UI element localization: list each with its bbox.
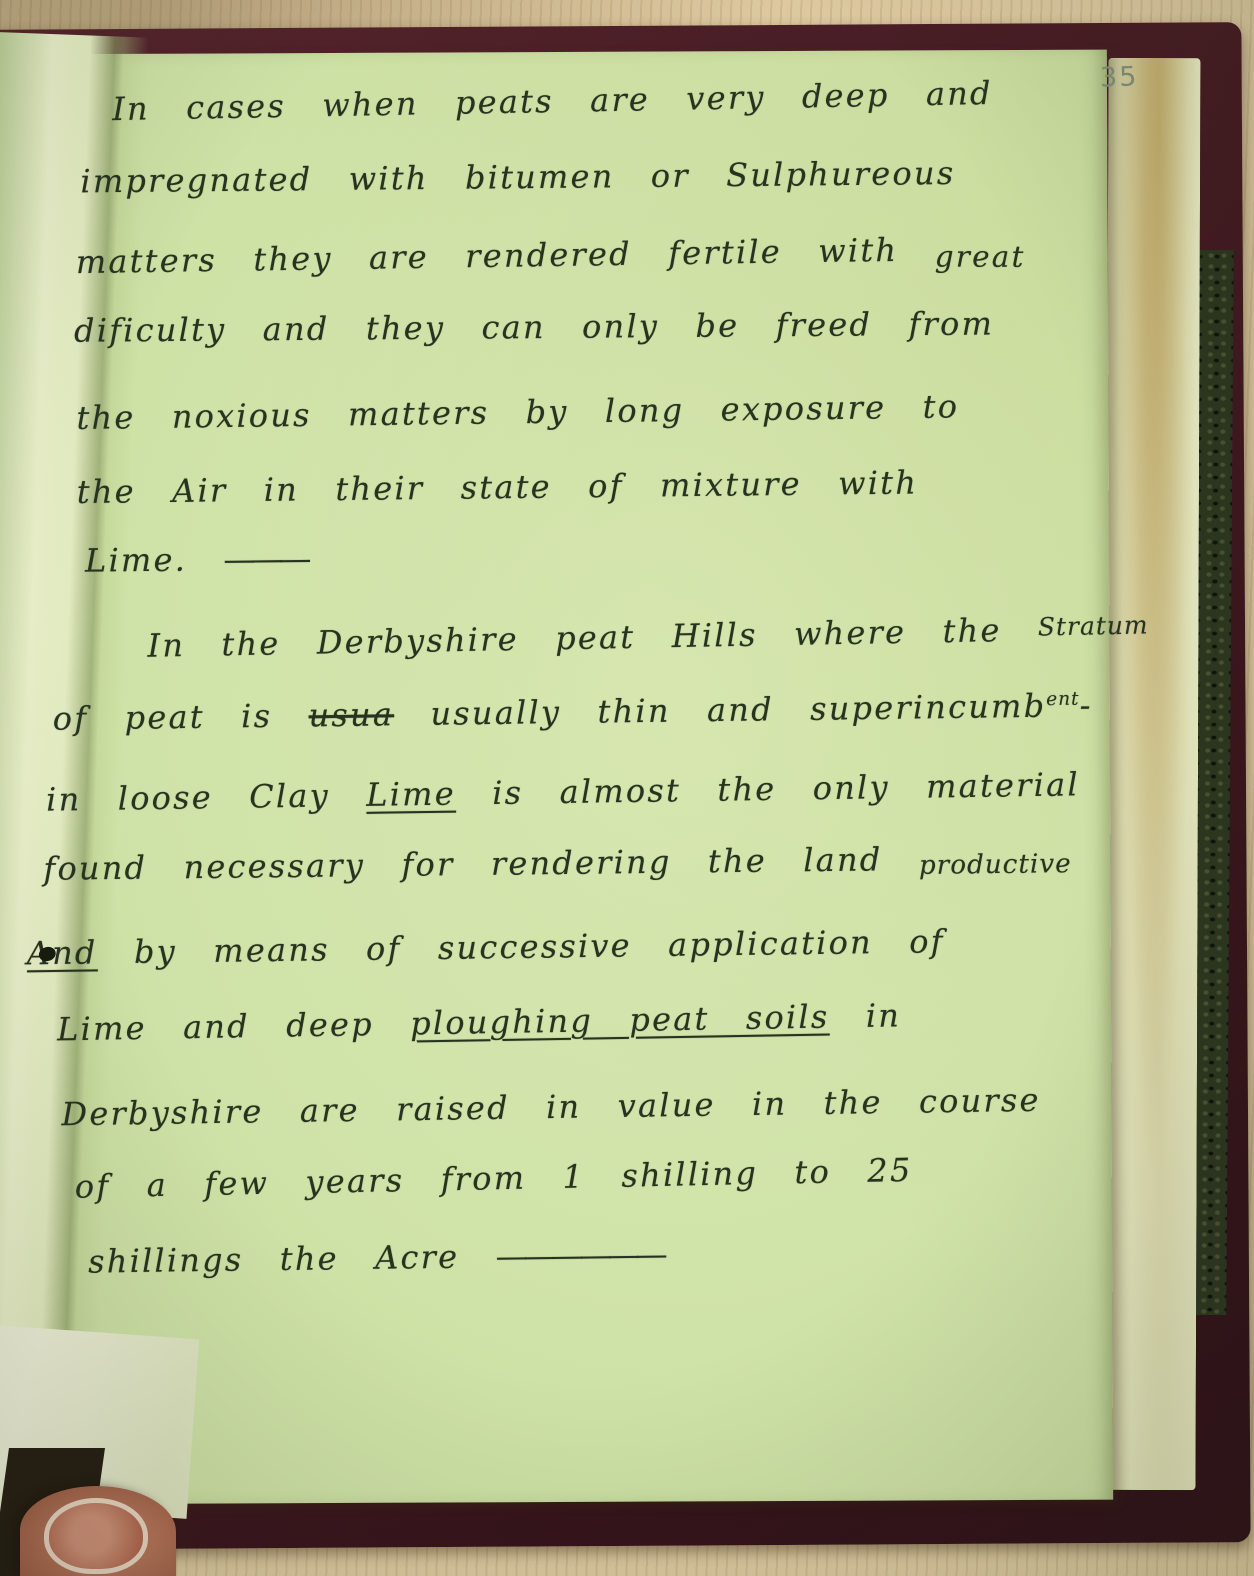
manuscript-line: shillings the Acre —————— bbox=[88, 1235, 664, 1281]
manuscript-line: the Air in their state of mixture with bbox=[77, 463, 919, 511]
manuscript-line: the noxious matters by long exposure to bbox=[76, 387, 959, 437]
text-segment: usually thin and superincumb bbox=[394, 687, 1047, 734]
manuscript-line: In cases when peats are very deep and bbox=[112, 74, 993, 128]
underlined-word: And bbox=[27, 933, 98, 972]
text-segment: Derbyshire are raised in value in the co… bbox=[61, 1081, 1041, 1134]
text-segment: Lime and deep bbox=[57, 1004, 411, 1048]
text-segment: dificulty and they can only be freed fro… bbox=[74, 304, 994, 349]
text-segment: found necessary for rendering the land bbox=[43, 840, 919, 888]
manuscript-line: Lime. ——— bbox=[85, 540, 308, 580]
struck-word: usua bbox=[308, 695, 394, 734]
text-segment: in bbox=[829, 996, 901, 1035]
manuscript-line: dificulty and they can only be freed fro… bbox=[74, 304, 994, 349]
text-segment: Stratum bbox=[1038, 610, 1149, 641]
flourish-line: —————— bbox=[495, 1235, 663, 1275]
thumb bbox=[20, 1486, 176, 1576]
manuscript-line: impregnated with bitumen or Sulphureous bbox=[80, 154, 955, 200]
manuscript-page: In cases when peats are very deep and im… bbox=[5, 50, 1113, 1505]
manuscript-line: And by means of successive application o… bbox=[27, 922, 945, 972]
manuscript-photo: In cases when peats are very deep and im… bbox=[0, 0, 1254, 1576]
text-segment: - bbox=[1079, 686, 1093, 724]
text-segment: matters they are rendered fertile with bbox=[75, 230, 934, 281]
manuscript-line: of a few years from 1 shilling to 25 bbox=[74, 1151, 912, 1206]
text-segment: impregnated with bitumen or Sulphureous bbox=[80, 154, 955, 200]
manuscript-line: Lime and deep ploughing peat soils in bbox=[57, 996, 902, 1048]
text-segment: of a few years from 1 shilling to 25 bbox=[74, 1151, 912, 1206]
manuscript-line: In the Derbyshire peat Hills where the S… bbox=[147, 608, 1149, 664]
page-number: 35 bbox=[1099, 61, 1138, 93]
text-segment: In cases when peats are very deep and bbox=[112, 74, 993, 128]
text-segment: great bbox=[935, 240, 1026, 274]
manuscript-line: in loose Clay Lime is almost the only ma… bbox=[46, 765, 1080, 818]
underlined-phrase: ploughing peat soils bbox=[410, 998, 830, 1043]
manuscript-line: Derbyshire are raised in value in the co… bbox=[61, 1081, 1041, 1134]
text-segment: is almost the only material bbox=[456, 765, 1080, 812]
page-edge-stack bbox=[1104, 58, 1201, 1490]
text-segment: in loose Clay bbox=[46, 776, 367, 819]
text-segment: by means of successive application of bbox=[97, 922, 945, 971]
thumb-nail bbox=[44, 1498, 148, 1574]
text-segment: the noxious matters by long exposure to bbox=[76, 387, 959, 437]
text-segment: Lime. bbox=[85, 540, 224, 579]
superscript-insertion: ent bbox=[1046, 689, 1080, 710]
flourish-line: ——— bbox=[223, 540, 307, 579]
text-segment: the Air in their state of mixture with bbox=[77, 463, 919, 511]
text-segment: productive bbox=[919, 849, 1072, 881]
manuscript-line: of peat is usua usually thin and superin… bbox=[53, 686, 1093, 738]
text-segment: of peat is bbox=[53, 696, 309, 737]
text-segment: In the Derbyshire peat Hills where the bbox=[147, 610, 1038, 664]
manuscript-line: matters they are rendered fertile with g… bbox=[75, 229, 1025, 281]
text-segment: shillings the Acre bbox=[88, 1237, 496, 1280]
manuscript-line: found necessary for rendering the land p… bbox=[43, 838, 1072, 888]
underlined-word: Lime bbox=[366, 775, 456, 814]
